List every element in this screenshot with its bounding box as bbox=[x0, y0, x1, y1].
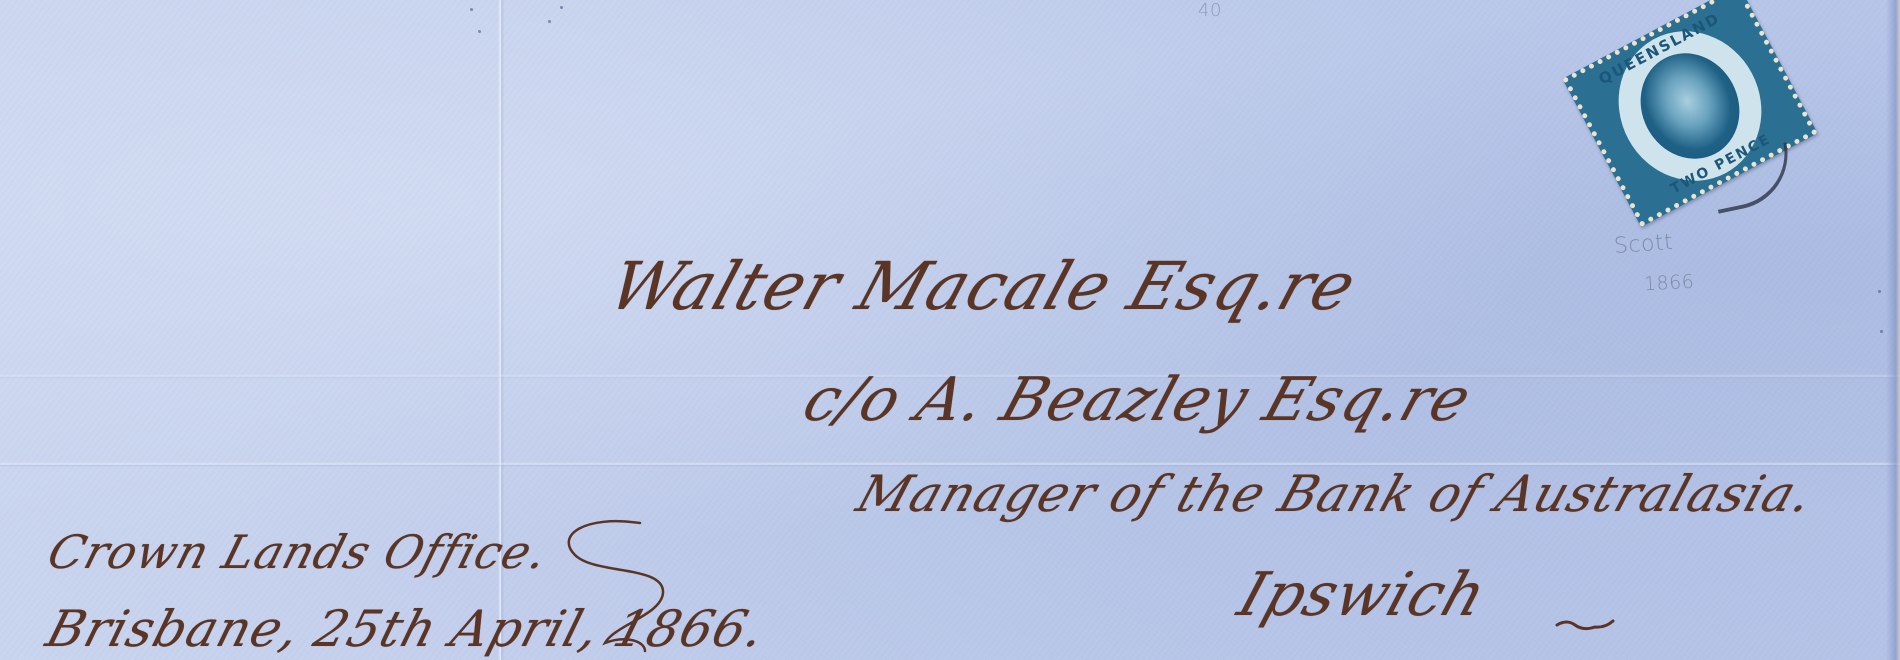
pencil-mark: 40 bbox=[1198, 0, 1222, 21]
sender-office: Crown Lands Office. bbox=[42, 525, 554, 579]
postage-stamp: QUEENSLAND TWO PENCE bbox=[1562, 0, 1817, 227]
pencil-catalogue-note: Scott bbox=[1613, 230, 1674, 259]
signature-flourish bbox=[545, 515, 675, 655]
underline-flourish bbox=[1555, 615, 1615, 635]
address-town: Ipswich bbox=[1230, 560, 1495, 630]
address-name: Walter Macale Esq.re bbox=[600, 248, 1366, 325]
paper-edge bbox=[1886, 0, 1900, 660]
address-care-of: c/o A. Beazley Esq.re bbox=[795, 365, 1480, 435]
pencil-year-note: 1866 bbox=[1643, 271, 1694, 296]
letter-cover: 40 QUEENSLAND TWO PENCE Scott 1866 Walte… bbox=[0, 0, 1900, 660]
address-title: Manager of the Bank of Australasia. bbox=[850, 465, 1821, 523]
